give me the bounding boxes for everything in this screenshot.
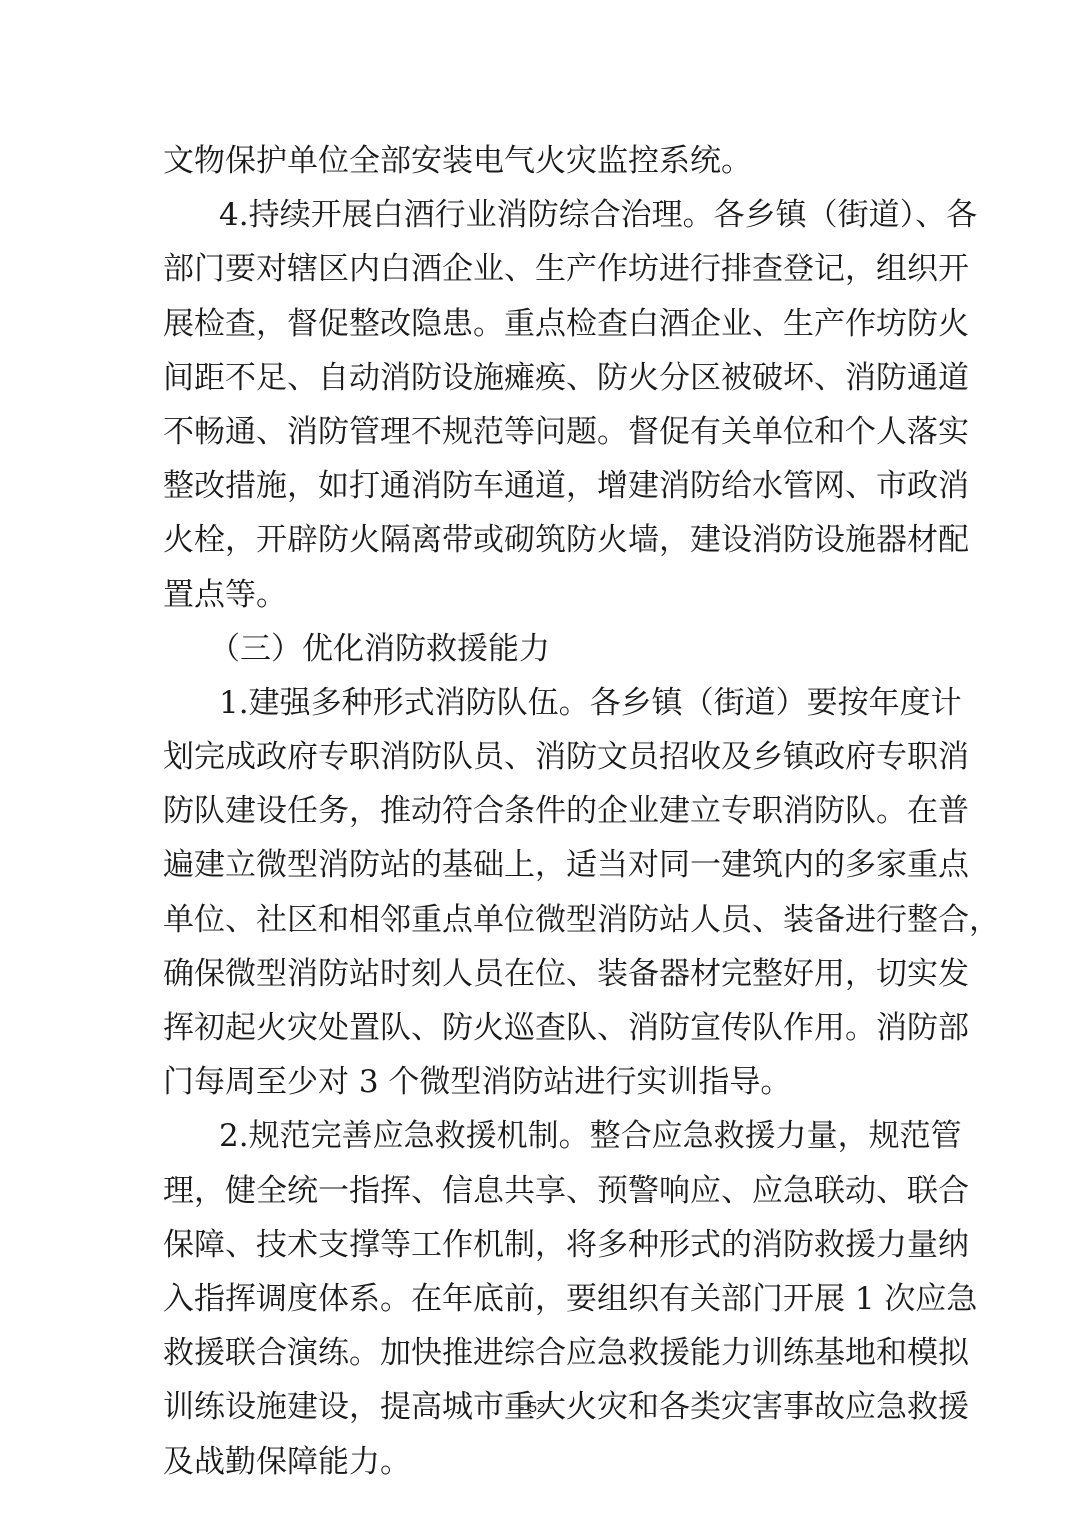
text-line: 确保微型消防站时刻人员在位、装备器材完整好用，切实发 bbox=[163, 947, 913, 1001]
text-line: 部门要对辖区内白酒企业、生产作坊进行排查登记，组织开 bbox=[163, 242, 913, 296]
text-line: 单位、社区和相邻重点单位微型消防站人员、装备进行整合， bbox=[163, 893, 913, 947]
text-line: 火栓，开辟防火隔离带或砌筑防火墙，建设消防设施器材配 bbox=[163, 513, 913, 567]
text-line: 展检查，督促整改隐患。重点检查白酒企业、生产作坊防火 bbox=[163, 297, 913, 351]
text-line: 划完成政府专职消防队员、消防文员招收及乡镇政府专职消 bbox=[163, 730, 913, 784]
text-line: 及战勤保障能力。 bbox=[163, 1435, 913, 1489]
text-line: 挥初起火灾处置队、防火巡查队、消防宣传队作用。消防部 bbox=[163, 1001, 913, 1055]
text-line: 间距不足、自动消防设施瘫痪、防火分区被破坏、消防通道 bbox=[163, 351, 913, 405]
text-line: 遍建立微型消防站的基础上，适当对同一建筑内的多家重点 bbox=[163, 838, 913, 892]
text-line: 整改措施，如打通消防车通道，增建消防给水管网、市政消 bbox=[163, 459, 913, 513]
text-line: 门每周至少对 3 个微型消防站进行实训指导。 bbox=[163, 1055, 913, 1109]
text-line: 防队建设任务，推动符合条件的企业建立专职消防队。在普 bbox=[163, 784, 913, 838]
text-line: 不畅通、消防管理不规范等问题。督促有关单位和个人落实 bbox=[163, 405, 913, 459]
body-text: 文物保护单位全部安装电气火灾监控系统。 4.持续开展白酒行业消防综合治理。各乡镇… bbox=[163, 134, 913, 1489]
paragraph-item-4-start: 4.持续开展白酒行业消防综合治理。各乡镇（街道）、各 bbox=[163, 188, 913, 242]
document-page: 文物保护单位全部安装电气火灾监控系统。 4.持续开展白酒行业消防综合治理。各乡镇… bbox=[0, 0, 1074, 1520]
paragraph-item-1-start: 1.建强多种形式消防队伍。各乡镇（街道）要按年度计 bbox=[163, 676, 913, 730]
text-line: 保障、技术支撑等工作机制，将多种形式的消防救援力量纳 bbox=[163, 1218, 913, 1272]
section-heading: （三）优化消防救援能力 bbox=[163, 622, 913, 676]
text-line: 理，健全统一指挥、信息共享、预警响应、应急联动、联合 bbox=[163, 1164, 913, 1218]
text-line: 入指挥调度体系。在年底前，要组织有关部门开展 1 次应急 bbox=[163, 1272, 913, 1326]
text-line: 救援联合演练。加快推进综合应急救援能力训练基地和模拟 bbox=[163, 1326, 913, 1380]
text-line: 置点等。 bbox=[163, 568, 913, 622]
paragraph-item-2-start: 2.规范完善应急救援机制。整合应急救援力量，规范管 bbox=[163, 1109, 913, 1163]
page-number: - 52 - bbox=[0, 1399, 1074, 1416]
text-line: 文物保护单位全部安装电气火灾监控系统。 bbox=[163, 134, 913, 188]
